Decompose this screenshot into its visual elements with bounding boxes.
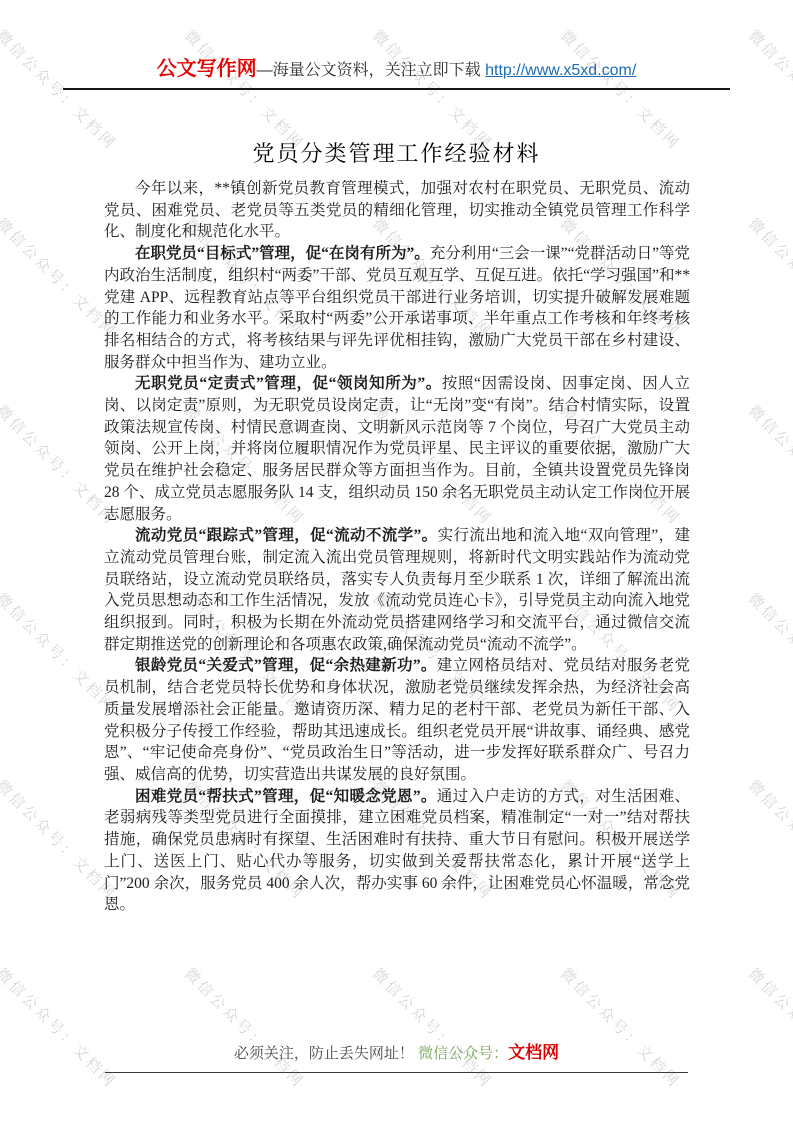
paragraph-text: 实行流出地和流入地“双向管理”，建立流动党员管理台账，制定流入流出党员管理规则，… bbox=[104, 527, 690, 653]
paragraph-kunnan: 困难党员“帮扶式”管理，促“知暖念党恩”。通过入户走访的方式，对生活困难、老弱病… bbox=[104, 786, 690, 916]
wechat-account-label: 微信公众号： bbox=[418, 1045, 508, 1062]
paragraph-lead: 无职党员“定责式”管理，促“领岗知所为”。 bbox=[135, 375, 442, 392]
footer-notice: 必须关注，防止丢失网址！ bbox=[234, 1045, 414, 1062]
paragraph-text: 建立网格员结对、党员结对服务老党员机制，结合老党员特长优势和身体状况，激励老党员… bbox=[104, 657, 690, 783]
paragraph-yinling: 银龄党员“关爱式”管理，促“余热建新功”。建立网格员结对、党员结对服务老党员机制… bbox=[104, 655, 690, 785]
site-brand: 公文写作网 bbox=[157, 58, 257, 80]
page-footer: 必须关注，防止丢失网址！ 微信公众号：文档网 bbox=[105, 1038, 688, 1073]
paragraph-lead: 困难党员“帮扶式”管理，促“知暖念党恩”。 bbox=[135, 788, 437, 805]
paragraph-lead: 在职党员“目标式”管理，促“在岗有所为”。 bbox=[135, 245, 430, 262]
paragraph-wuzhi: 无职党员“定责式”管理，促“领岗知所为”。按照“因需设岗、因事定岗、因人立岗、以… bbox=[104, 373, 690, 525]
paragraph-lead: 流动党员“跟踪式”管理，促“流动不流学”。 bbox=[135, 527, 438, 544]
paragraph-liudong: 流动党员“跟踪式”管理，促“流动不流学”。实行流出地和流入地“双向管理”，建立流… bbox=[104, 525, 690, 655]
paragraph-lead: 银龄党员“关爱式”管理，促“余热建新功”。 bbox=[135, 657, 437, 674]
paragraph-text: 充分利用“三会一课”“党群活动日”等党内政治生活制度，组织村“两委”干部、党员互… bbox=[104, 245, 690, 371]
document-page: 微信公众号：文档网微信公众号：文档网微信公众号：文档网微信公众号：文档网微信公众… bbox=[0, 0, 793, 1121]
paragraph-text: 今年以来，**镇创新党员教育管理模式，加强对农村在职党员、无职党员、流动党员、困… bbox=[104, 180, 690, 240]
page-content: 公文写作网—海量公文资料，关注立即下载 http://www.x5xd.com/… bbox=[0, 0, 793, 1121]
document-body: 今年以来，**镇创新党员教育管理模式，加强对农村在职党员、无职党员、流动党员、困… bbox=[104, 178, 690, 916]
paragraph-text: 按照“因需设岗、因事定岗、因人立岗、以岗定责”原则，为无职党员设岗定责，让“无岗… bbox=[104, 375, 690, 522]
wechat-account-name: 文档网 bbox=[508, 1043, 559, 1062]
page-title: 党员分类管理工作经验材料 bbox=[0, 137, 793, 168]
site-header: 公文写作网—海量公文资料，关注立即下载 http://www.x5xd.com/ bbox=[63, 52, 730, 90]
header-tagline: —海量公文资料，关注立即下载 bbox=[257, 62, 481, 79]
paragraph-text: 通过入户走访的方式，对生活困难、老弱病残等类型党员进行全面摸排，建立困难党员档案… bbox=[104, 788, 690, 914]
download-link[interactable]: http://www.x5xd.com/ bbox=[485, 62, 636, 79]
paragraph-intro: 今年以来，**镇创新党员教育管理模式，加强对农村在职党员、无职党员、流动党员、困… bbox=[104, 178, 690, 243]
paragraph-zaizhi: 在职党员“目标式”管理，促“在岗有所为”。充分利用“三会一课”“党群活动日”等党… bbox=[104, 243, 690, 373]
